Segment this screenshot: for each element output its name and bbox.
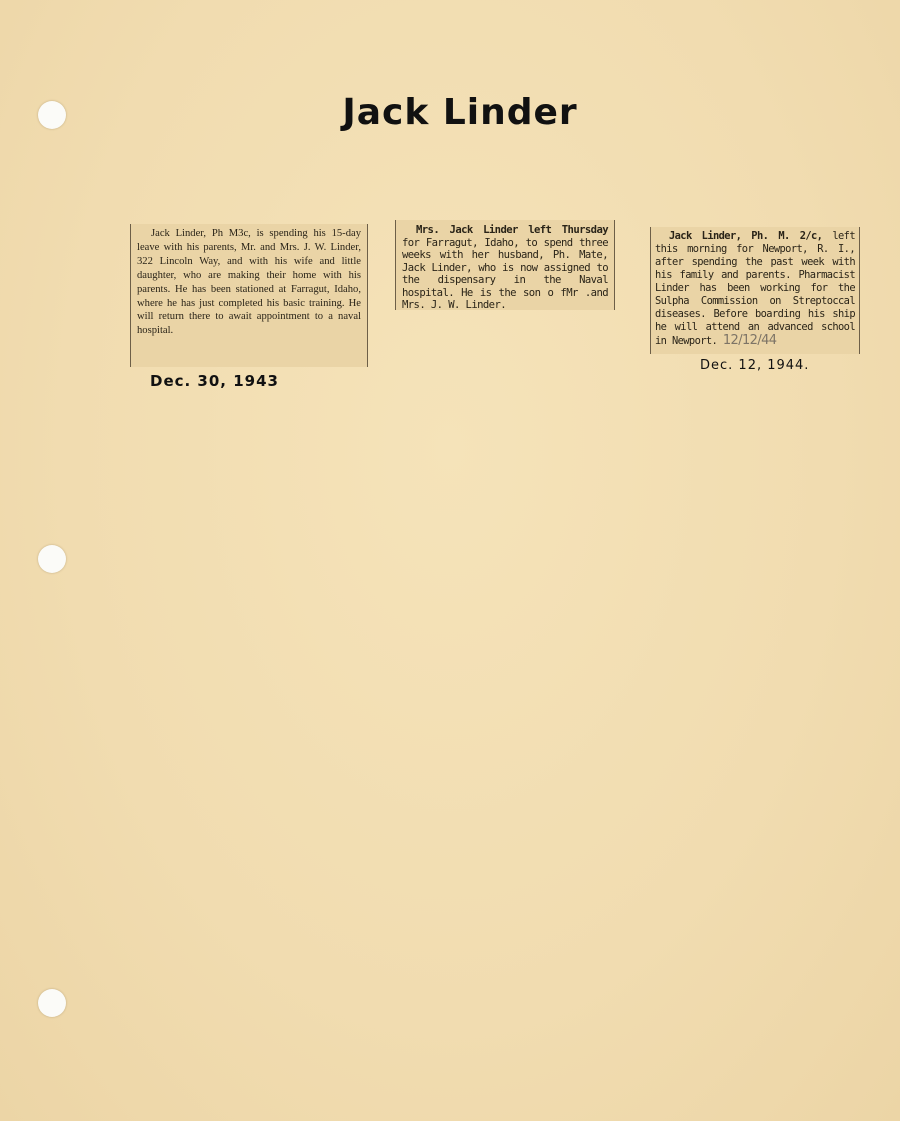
handwritten-date: Dec. 30, 1943 (150, 372, 279, 390)
clipping-text: for Farragut, Idaho, to spend three week… (402, 237, 608, 312)
clipping-text: left this morning for Newport, R. I., af… (655, 230, 855, 347)
newspaper-clipping: Jack Linder, Ph M3c, is spending his 15-… (130, 224, 368, 367)
newspaper-clipping: Jack Linder, Ph. M. 2/c, left this morni… (650, 227, 860, 354)
scrapbook-page: Jack Linder Jack Linder, Ph M3c, is spen… (0, 0, 900, 1121)
handwritten-date: Dec. 12, 1944. (700, 358, 809, 373)
clipping-lead: Mrs. Jack Linder left Thursday (402, 224, 608, 236)
clipping-lead: Jack Linder, Ph. M. 2/c, (655, 230, 822, 242)
page-title: Jack Linder (300, 92, 620, 133)
punch-hole (38, 989, 66, 1017)
clipping-text: Jack Linder, Ph M3c, is spending his 15-… (137, 227, 361, 338)
newspaper-clipping: Mrs. Jack Linder left Thursday for Farra… (395, 220, 615, 310)
punch-hole (38, 545, 66, 573)
pencil-note: 12/12/44 (723, 333, 777, 348)
punch-hole (38, 101, 66, 129)
